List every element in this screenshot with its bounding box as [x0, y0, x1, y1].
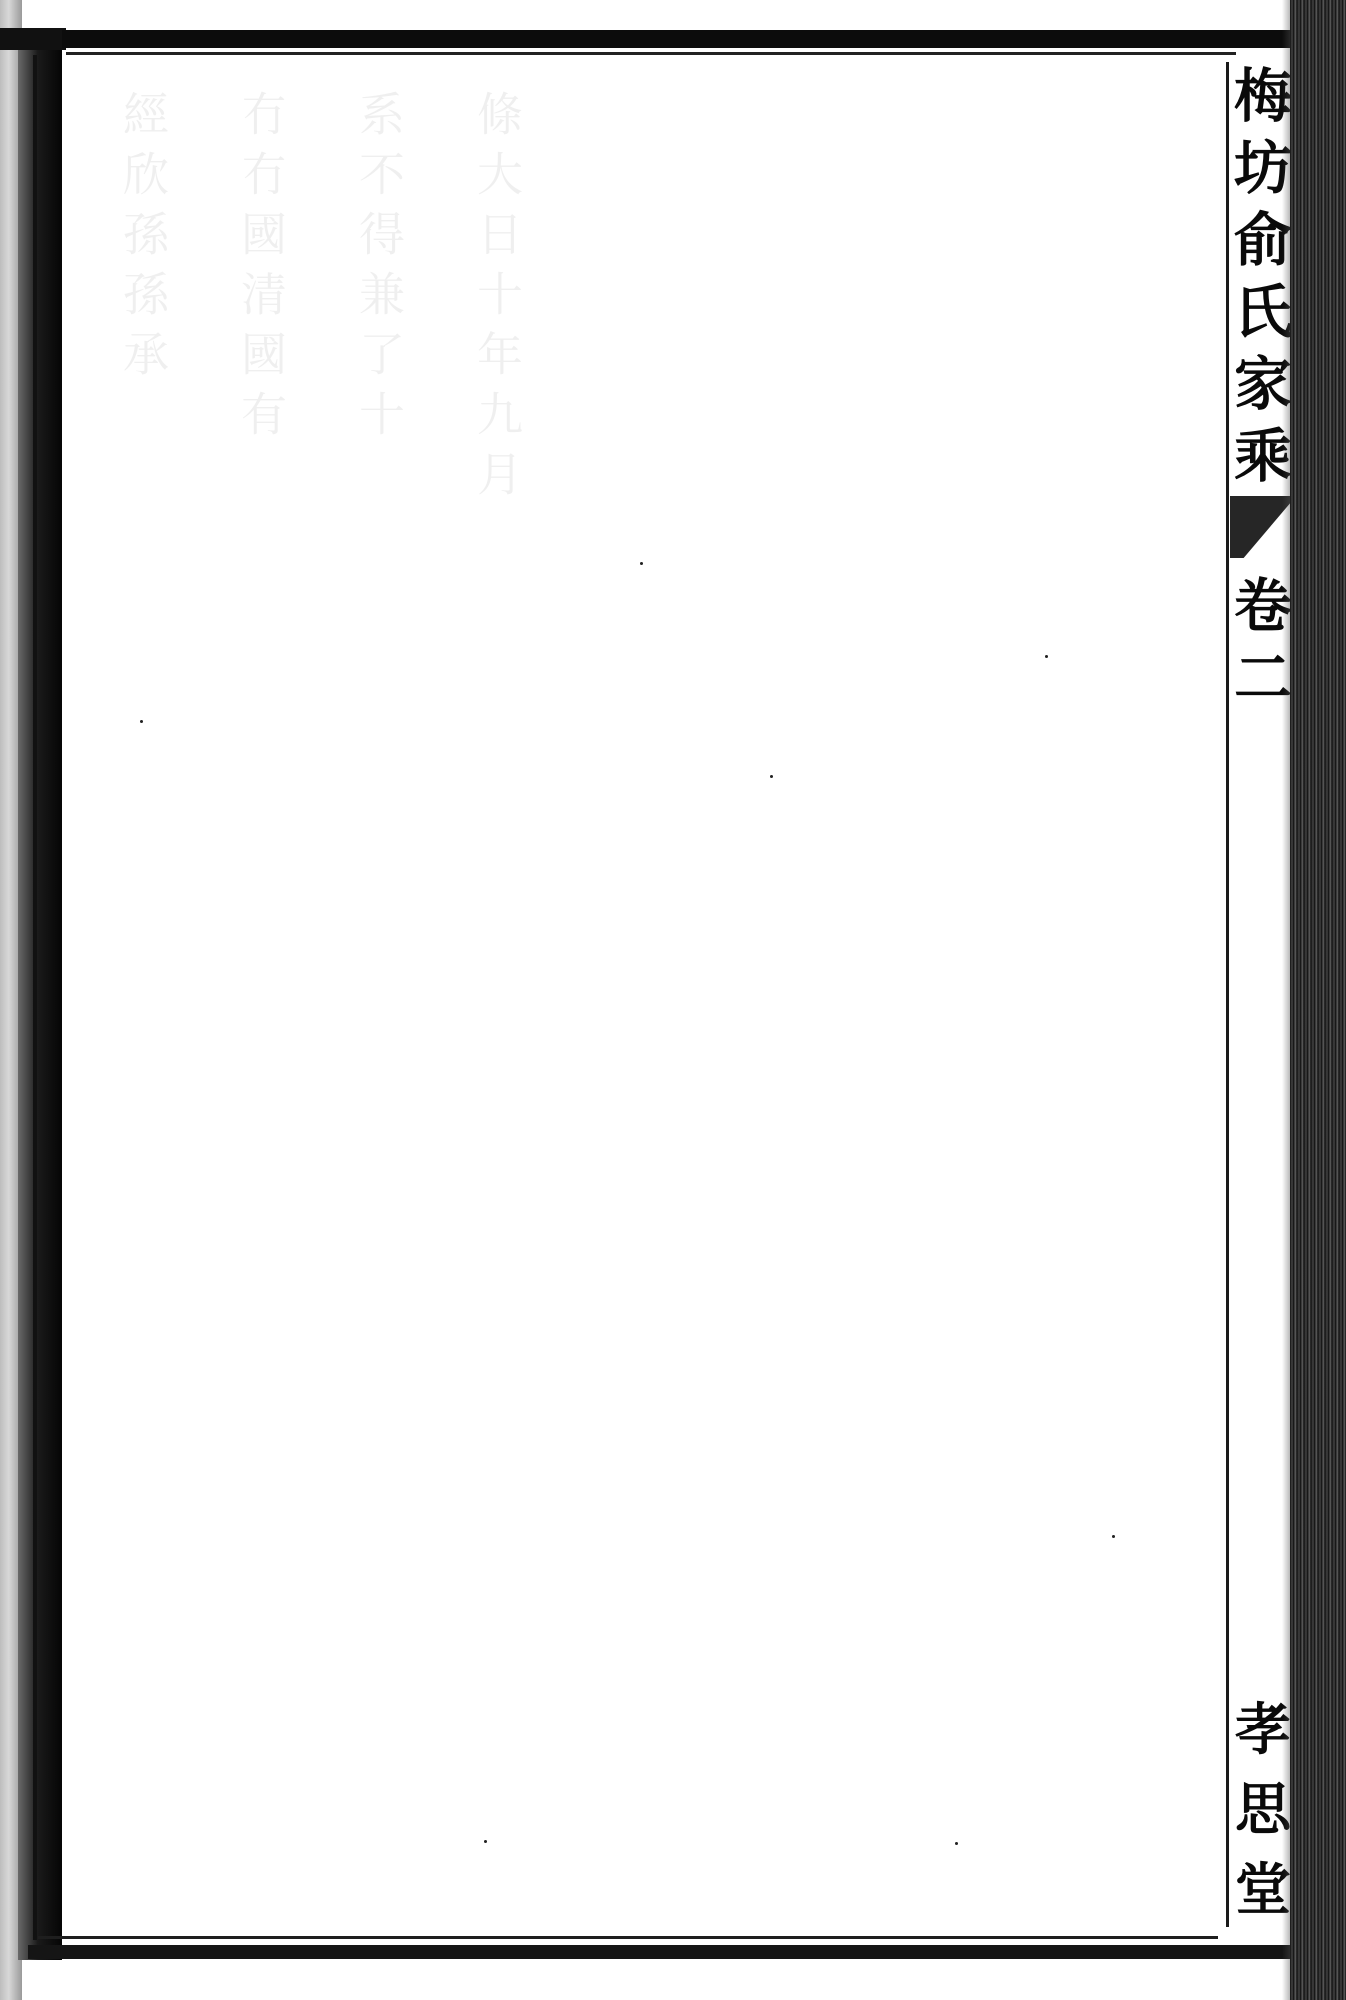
ink-speck — [955, 1842, 958, 1845]
ink-speck — [1112, 1535, 1115, 1538]
frame-top-border — [62, 30, 1302, 48]
bleed-through-text: 條大日十年九月 系不得兼了十 冇冇國清國有 經欣孫孫承 — [70, 90, 530, 1810]
frame-bottom-inner-line — [38, 1936, 1218, 1939]
frame-bottom-border — [28, 1945, 1318, 1959]
bleed-column: 冇冇國清國有 — [228, 90, 294, 1810]
frame-left-inner-line — [33, 55, 37, 1940]
bleed-column: 經欣孫孫承 — [110, 90, 176, 1810]
ink-speck — [484, 1840, 487, 1843]
bleed-column: 系不得兼了十 — [346, 90, 412, 1810]
ink-speck — [1045, 655, 1048, 658]
ink-speck — [140, 720, 143, 723]
ink-speck — [770, 775, 773, 778]
frame-top-inner-line — [66, 52, 1236, 55]
page-stack-edge — [1290, 0, 1346, 2000]
ink-speck — [640, 562, 643, 565]
bleed-column: 條大日十年九月 — [464, 90, 530, 1810]
margin-column-divider — [1226, 62, 1229, 1927]
binding-shadow-top — [0, 28, 66, 50]
binding-shadow — [18, 30, 62, 1960]
